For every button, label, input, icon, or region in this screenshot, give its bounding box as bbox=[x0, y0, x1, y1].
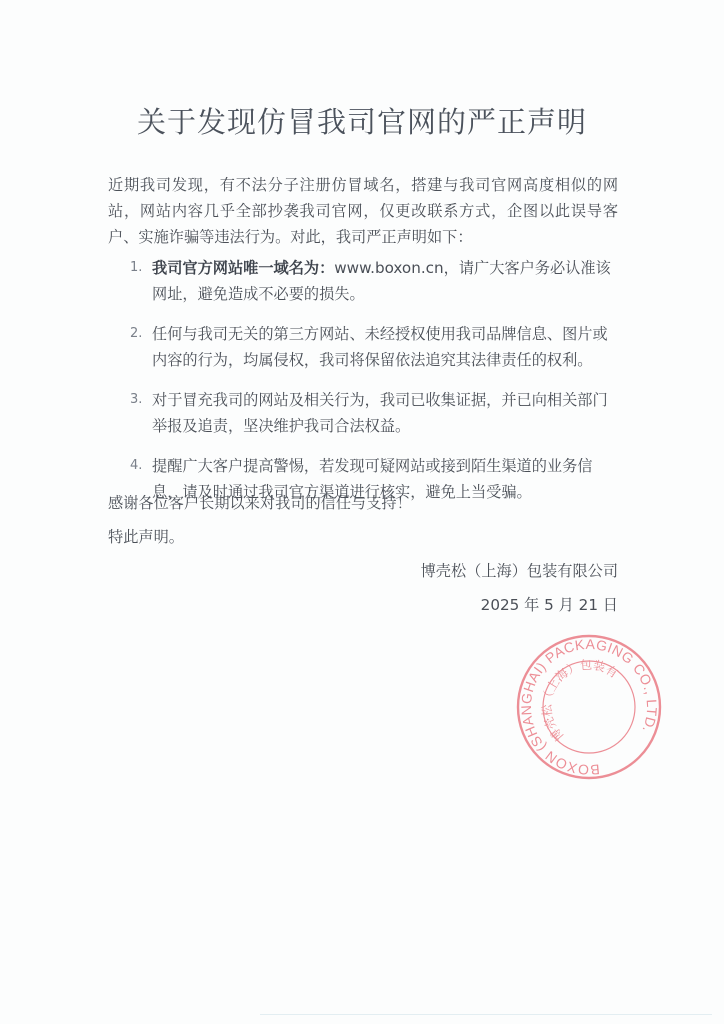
scan-edge-line bbox=[260, 1014, 712, 1015]
svg-text:BOXON (SHANGHAI) PACKAGING CO.: BOXON (SHANGHAI) PACKAGING CO., LTD. bbox=[514, 632, 664, 782]
list-number: 4. bbox=[130, 453, 142, 479]
official-domain-label: 我司官方网站唯一域名为： bbox=[152, 259, 334, 277]
declaration-line: 特此声明。 bbox=[108, 524, 184, 550]
document-title: 关于发现仿冒我司官网的严正声明 bbox=[0, 100, 724, 141]
list-item-text: 对于冒充我司的网站及相关行为，我司已收集证据，并已向相关部门举报及追责，坚决维护… bbox=[152, 391, 608, 435]
seal-outer-text: BOXON (SHANGHAI) PACKAGING CO., LTD. bbox=[514, 632, 664, 782]
list-number: 3. bbox=[130, 387, 142, 413]
declaration-list: 1. 我司官方网站唯一域名为：www.boxon.cn，请广大客户务必认准该网址… bbox=[108, 255, 618, 519]
list-number: 2. bbox=[130, 321, 142, 347]
list-item: 1. 我司官方网站唯一域名为：www.boxon.cn，请广大客户务必认准该网址… bbox=[108, 255, 618, 307]
document-page: 关于发现仿冒我司官网的严正声明 近期我司发现，有不法分子注册仿冒域名，搭建与我司… bbox=[0, 0, 724, 1024]
company-seal-icon: BOXON (SHANGHAI) PACKAGING CO., LTD. 博壳松… bbox=[514, 632, 664, 782]
intro-paragraph: 近期我司发现，有不法分子注册仿冒域名，搭建与我司官网高度相似的网站，网站内容几乎… bbox=[108, 172, 618, 250]
thanks-line: 感谢各位客户长期以来对我司的信任与支持！ bbox=[108, 490, 412, 516]
signature-company: 博壳松（上海）包装有限公司 bbox=[421, 558, 618, 584]
list-item: 2. 任何与我司无关的第三方网站、未经授权使用我司品牌信息、图片或内容的行为，均… bbox=[108, 321, 618, 373]
list-number: 1. bbox=[130, 255, 142, 281]
signature-date: 2025 年 5 月 21 日 bbox=[481, 592, 618, 618]
list-item-text: 任何与我司无关的第三方网站、未经授权使用我司品牌信息、图片或内容的行为，均属侵权… bbox=[152, 325, 608, 369]
list-item: 3. 对于冒充我司的网站及相关行为，我司已收集证据，并已向相关部门举报及追责，坚… bbox=[108, 387, 618, 439]
